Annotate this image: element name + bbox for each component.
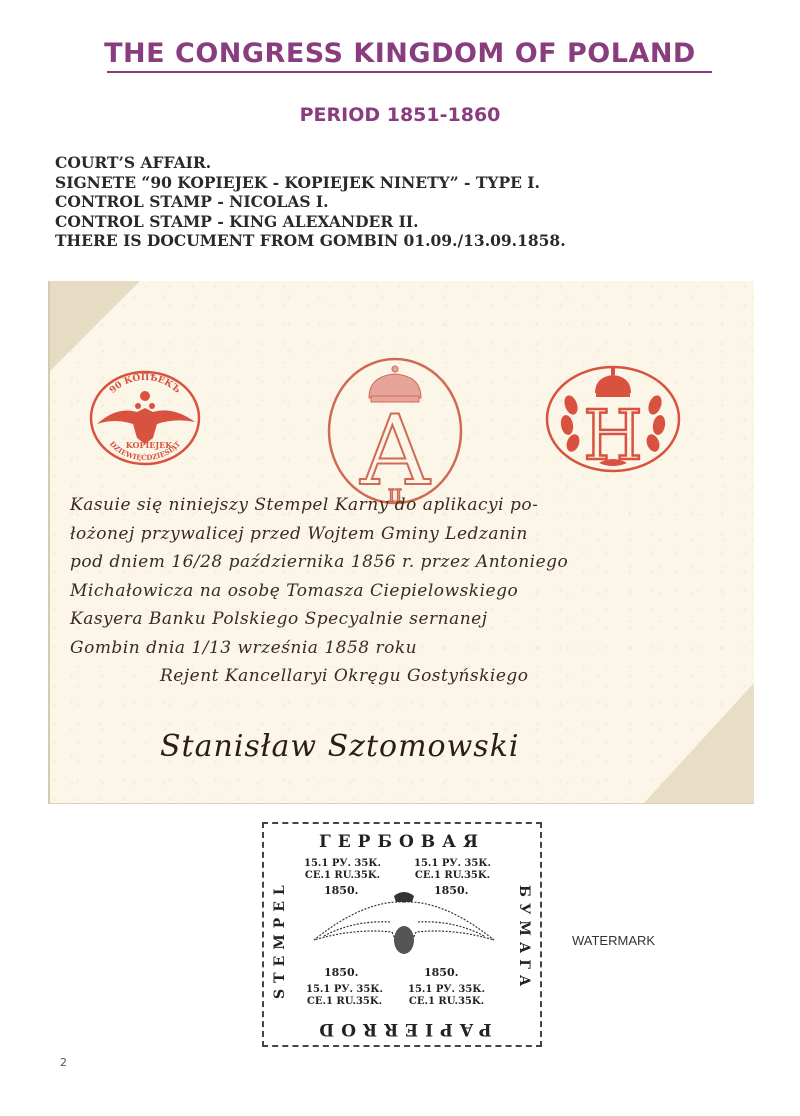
handwritten-text: Kasuie się niniejszy Stempel Karny do ap… <box>70 491 750 691</box>
watermark-left-text: STEMPEL <box>272 854 292 1024</box>
watermark-value-cell: 15.1 РУ. 35К. СЕ.1 RU.35K. <box>408 984 485 1008</box>
photo-corner-top-left <box>50 281 140 371</box>
watermark-label: WATERMARK <box>572 933 655 948</box>
watermark-image: ГЕРБОВАЯ STEMPEL БУМАГА 15.1 РУ. 35К. СЕ… <box>262 822 542 1047</box>
double-headed-eagle-icon <box>97 391 195 444</box>
watermark-value-cell: 15.1 РУ. 35К. СЕ.1 RU.35K. <box>306 984 383 1008</box>
description-line: CONTROL STAMP - KING ALEXANDER II. <box>55 212 566 232</box>
watermark-value-line: 15.1 РУ. 35К. <box>408 984 485 996</box>
handwriting-line: Kasyera Banku Polskiego Specyalnie serna… <box>70 605 750 634</box>
description-line: SIGNETE “90 KOPIEJEK - KOPIEJEK NINETY” … <box>55 173 566 193</box>
page-number: 2 <box>60 1056 67 1069</box>
watermark-value-line: СЕ.1 RU.35K. <box>408 996 485 1008</box>
watermark-year: 1850. <box>424 966 458 979</box>
description-block: COURT’S AFFAIR. SIGNETE “90 KOPIEJEK - K… <box>55 153 566 251</box>
watermark-right-text: БУМАГА <box>512 854 532 1024</box>
watermark-value-cell: 15.1 РУ. 35К. СЕ.1 RU.35K. <box>304 858 381 882</box>
handwriting-line: pod dniem 16/28 października 1856 r. prz… <box>70 548 750 577</box>
historic-document: 90 КОПѢЕКЪ DZIEWIĘĆDZIESIĄT KOPIEJEK A I… <box>48 281 754 803</box>
stamp-bottom-label: KOPIEJEK <box>126 440 173 450</box>
control-stamp-nicolas-i: H <box>543 363 683 475</box>
handwriting-line: Gombin dnia 1/13 września 1858 roku <box>70 634 750 663</box>
watermark-value-line: СЕ.1 RU.35K. <box>414 870 491 882</box>
signature: Stanisław Sztomowski <box>160 729 519 764</box>
watermark-value-line: СЕ.1 RU.35K. <box>304 870 381 882</box>
watermark-top-text: ГЕРБОВАЯ <box>264 832 540 852</box>
page-title: THE CONGRESS KINGDOM OF POLAND <box>0 38 800 69</box>
crown-icon <box>595 366 631 397</box>
period-subtitle: PERIOD 1851-1860 <box>0 104 800 126</box>
signet-stamp-90-kopiejek: 90 КОПѢЕКЪ DZIEWIĘĆDZIESIĄT KOPIEJEK <box>87 366 203 466</box>
control-stamp-alexander-ii: A II <box>325 356 465 506</box>
description-line: CONTROL STAMP - NICOLAS I. <box>55 192 566 212</box>
description-line: THERE IS DOCUMENT FROM GOMBIN 01.09./13.… <box>55 231 566 251</box>
watermark-year: 1850. <box>324 966 358 979</box>
watermark-value-line: СЕ.1 RU.35K. <box>306 996 383 1008</box>
handwriting-line: łożonej przywalicej przed Wojtem Gminy L… <box>70 520 750 549</box>
photo-corner-bottom-right <box>644 683 754 803</box>
watermark-value-line: 15.1 РУ. 35К. <box>414 858 491 870</box>
description-line: COURT’S AFFAIR. <box>55 153 566 173</box>
title-underline <box>107 71 712 73</box>
eagle-icon <box>304 892 504 962</box>
watermark-value-cell: 15.1 РУ. 35К. СЕ.1 RU.35K. <box>414 858 491 882</box>
watermark-value-line: 15.1 РУ. 35К. <box>306 984 383 996</box>
handwriting-line: Kasuie się niniejszy Stempel Karny do ap… <box>70 491 750 520</box>
handwriting-line: Michałowicza na osobę Tomasza Ciepielows… <box>70 577 750 606</box>
watermark-value-line: 15.1 РУ. 35К. <box>304 858 381 870</box>
handwriting-closing: Rejent Kancellaryi Okręgu Gostyńskiego <box>70 662 750 691</box>
watermark-bottom-text: PAPIERROD <box>264 1019 540 1039</box>
